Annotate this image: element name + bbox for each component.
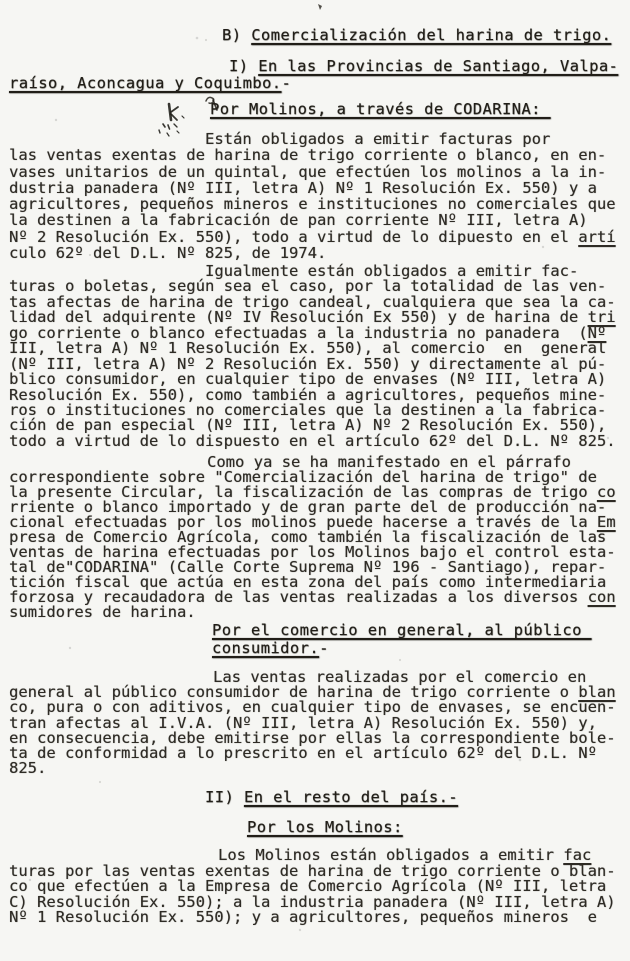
text-line: la destinen a la fabricación de pan corr… bbox=[9, 212, 616, 228]
text-line: vases unitarios de un quintal, que efect… bbox=[9, 164, 616, 180]
text-run: - bbox=[319, 639, 329, 657]
text-line: dustria panadera (Nº III, letra A) Nº 1 … bbox=[9, 180, 616, 196]
handwritten-ink-mark bbox=[155, 100, 193, 142]
underlined-text: En las Provincias de Santiago, Valpa- bbox=[258, 57, 618, 75]
text-line: 825. bbox=[9, 761, 616, 776]
section-heading-b: B) Comercialización del harina de trigo. bbox=[222, 26, 611, 44]
heading-line: I) En las Provincias de Santiago, Valpa- bbox=[229, 57, 618, 75]
text-line: Están obligados a emitir facturas por bbox=[9, 131, 616, 147]
underlined-text: Comercialización del harina de trigo. bbox=[251, 26, 611, 44]
text-run: Están obligados a emitir facturas por bbox=[205, 130, 550, 148]
underlined-text: con bbox=[588, 588, 616, 606]
text-run: ta de conformidad a lo prescrito en el a… bbox=[9, 744, 597, 762]
heading-line: raíso, Aconcagua y Coquimbo.- bbox=[9, 74, 291, 92]
heading-por-molinos-codarina: Por Molinos, a través de CODARINA: bbox=[210, 100, 551, 118]
heading-line: Por los Molinos: bbox=[247, 818, 403, 836]
text-line: Nº 2 Resolución Ex. 550), todo a virtud … bbox=[9, 229, 616, 245]
text-run: - bbox=[282, 74, 292, 92]
underlined-text: Por Molinos, a través de CODARINA: bbox=[210, 100, 551, 118]
text-run: dustria panadera (Nº III, letra A) Nº 1 … bbox=[9, 179, 597, 197]
underlined-text: artí bbox=[578, 228, 615, 246]
text-run: B) bbox=[222, 26, 251, 44]
paragraph: Igualmente están obligados a emitir fac-… bbox=[9, 264, 616, 449]
section-heading-i-line1: I) En las Provincias de Santiago, Valpa- bbox=[229, 57, 618, 75]
underlined-text: Por el comercio en general, al público bbox=[212, 621, 592, 639]
text-run: culo 62º del D.L. Nº 825, de 1974. bbox=[9, 244, 326, 262]
text-line: ta de conformidad a lo prescrito en el a… bbox=[9, 746, 616, 761]
text-run: Nº 1 Resolución Ex. 550); y a agricultor… bbox=[9, 908, 597, 926]
heading-line: Por Molinos, a través de CODARINA: bbox=[210, 100, 551, 118]
text-line: todo a virtud de lo dispuesto en el artí… bbox=[9, 434, 616, 449]
text-line: culo 62º del D.L. Nº 825, de 1974. bbox=[9, 245, 616, 261]
paragraph: Como ya se ha manifestado en el párrafoc… bbox=[9, 455, 616, 620]
heading-line: consumidor.- bbox=[212, 639, 592, 657]
section-heading-i-line2: raíso, Aconcagua y Coquimbo.- bbox=[9, 74, 291, 92]
text-line: Nº 1 Resolución Ex. 550); y a agricultor… bbox=[9, 910, 616, 926]
heading-ii-resto-del-pais: II) En el resto del país.- bbox=[205, 788, 458, 806]
text-run: la destinen a la fabricación de pan corr… bbox=[9, 211, 588, 229]
handwritten-squiggle-mark bbox=[203, 94, 221, 114]
text-run: vases unitarios de un quintal, que efect… bbox=[9, 163, 606, 181]
heading-line: Por el comercio en general, al público bbox=[212, 621, 592, 639]
underlined-text: raíso, Aconcagua y Coquimbo. bbox=[9, 74, 282, 92]
text-run: Nº 2 Resolución Ex. 550), todo a virtud … bbox=[9, 228, 578, 246]
heading-por-el-comercio: Por el comercio en general, al público c… bbox=[212, 621, 592, 657]
document-page: B) Comercialización del harina de trigo.… bbox=[0, 0, 630, 961]
heading-line: B) Comercialización del harina de trigo. bbox=[222, 26, 611, 44]
text-run: sumidores de harina. bbox=[9, 603, 196, 621]
paragraph: Las ventas realizadas por el comercio en… bbox=[9, 670, 616, 776]
text-run: I) bbox=[229, 57, 258, 75]
text-run: las ventas exentas de harina de trigo co… bbox=[9, 146, 606, 164]
paragraph: Los Molinos están obligados a emitir fac… bbox=[9, 848, 616, 926]
underlined-text: Por los Molinos: bbox=[247, 818, 403, 836]
text-run: todo a virtud de lo dispuesto en el artí… bbox=[9, 432, 616, 450]
heading-line: II) En el resto del país.- bbox=[205, 788, 458, 806]
text-run: 825. bbox=[9, 759, 46, 777]
text-run: II) bbox=[205, 788, 244, 806]
heading-por-los-molinos: Por los Molinos: bbox=[247, 818, 403, 836]
text-line: sumidores de harina. bbox=[9, 605, 616, 620]
text-line: las ventas exentas de harina de trigo co… bbox=[9, 147, 616, 163]
ink-speck bbox=[316, 1, 328, 13]
underlined-text: En el resto del país.- bbox=[244, 788, 458, 806]
paragraph: Están obligados a emitir facturas porlas… bbox=[9, 131, 616, 261]
underlined-text: consumidor. bbox=[212, 639, 319, 657]
